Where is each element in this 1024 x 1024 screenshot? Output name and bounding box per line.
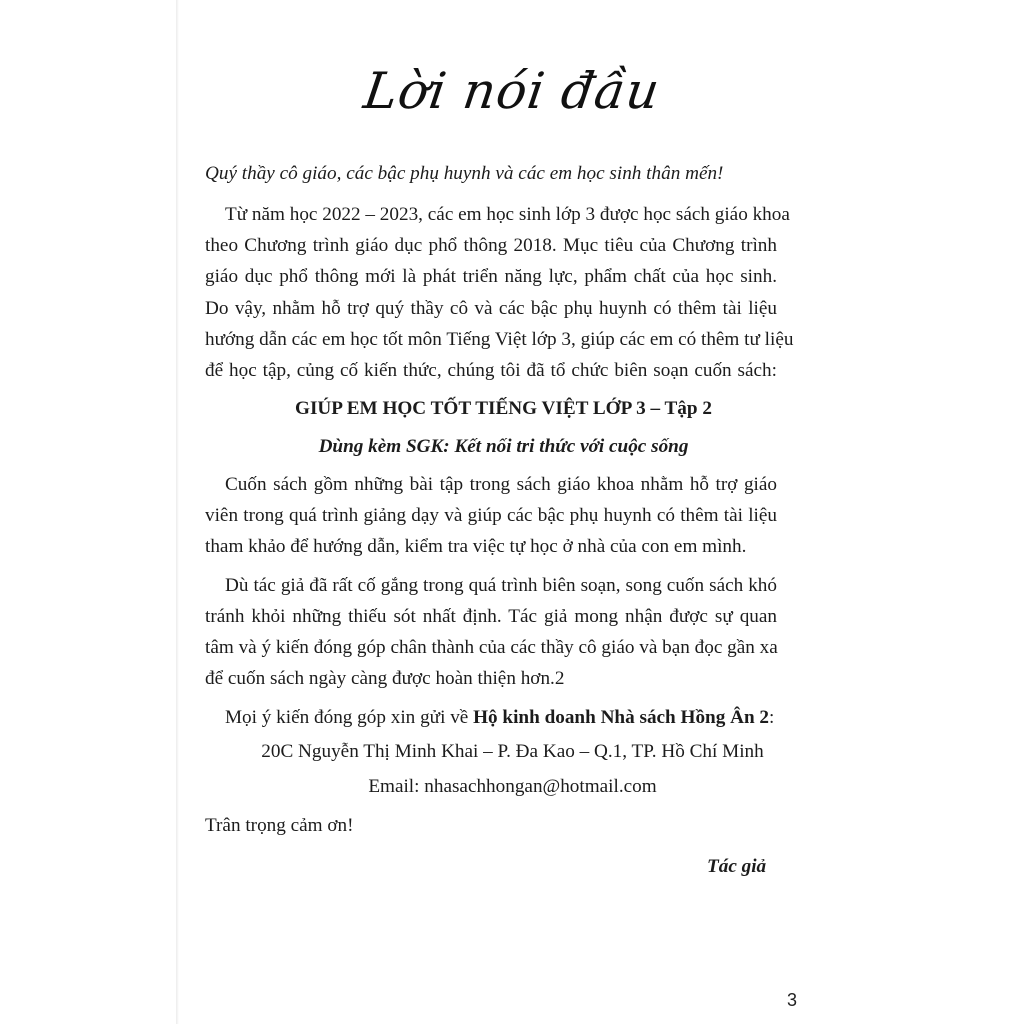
paragraph-1-line-2: theo Chương trình giáo dục phổ thông 201… [205, 236, 777, 255]
paragraph-1-line-1: Từ năm học 2022 – 2023, các em học sinh … [225, 205, 777, 224]
contact-intro: Mọi ý kiến đóng góp xin gửi về [225, 707, 473, 728]
paragraph-3-line-1: Dù tác giả đã rất cố gắng trong quá trìn… [225, 576, 777, 595]
publisher-address: 20C Nguyễn Thị Minh Khai – P. Đa Kao – Q… [185, 742, 840, 761]
thanks-line: Trân trọng cảm ơn! [205, 816, 354, 835]
contact-publisher: Hộ kinh doanh Nhà sách Hồng Ân 2 [473, 707, 769, 728]
page-number: 3 [787, 990, 797, 1011]
paragraph-3-line-2: tránh khỏi những thiếu sót nhất định. Tá… [205, 607, 777, 626]
paragraph-3-line-4: để cuốn sách ngày càng được hoàn thiện h… [205, 669, 564, 688]
paragraph-1-line-4: Do vậy, nhằm hỗ trợ quý thầy cô và các b… [205, 299, 777, 318]
book-subtitle: Dùng kèm SGK: Kết nối tri thức với cuộc … [176, 437, 831, 456]
contact-line: Mọi ý kiến đóng góp xin gửi về Hộ kinh d… [225, 708, 774, 727]
greeting: Quý thầy cô giáo, các bậc phụ huynh và c… [205, 164, 723, 183]
paragraph-2-line-2: viên trong quá trình giảng dạy và giúp c… [205, 506, 777, 525]
book-title: GIÚP EM HỌC TỐT TIẾNG VIỆT LỚP 3 – Tập 2 [176, 399, 831, 418]
page-edge [176, 0, 179, 1024]
contact-colon: : [769, 707, 774, 728]
paragraph-3-line-3: tâm và ý kiến đóng góp chân thành của cá… [205, 638, 777, 657]
paragraph-2-line-3: tham khảo để hướng dẫn, kiểm tra việc tự… [205, 537, 746, 556]
paragraph-1-line-3: giáo dục phổ thông mới là phát triển năn… [205, 267, 777, 286]
author-signature: Tác giả [707, 857, 766, 876]
paragraph-1-line-6: để học tập, củng cố kiến thức, chúng tôi… [205, 361, 777, 380]
paragraph-1-line-5: hướng dẫn các em học tốt môn Tiếng Việt … [205, 330, 777, 349]
paragraph-2-line-1: Cuốn sách gồm những bài tập trong sách g… [225, 475, 777, 494]
page-title: Lời nói đầu [0, 62, 1024, 120]
publisher-email: Email: nhasachhongan@hotmail.com [185, 777, 840, 796]
